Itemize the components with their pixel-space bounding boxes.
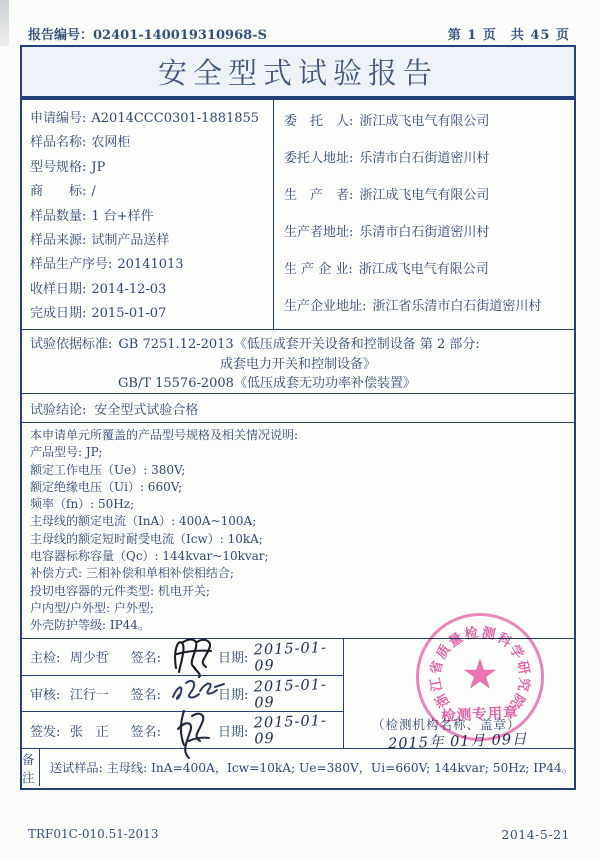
signature-row-chief: 主检: 周少哲 签名: 日期: 2015-01-09	[22, 639, 343, 675]
signature-row-reviewer: 审核: 江行一 签名: 日期: 2015-01-09	[22, 675, 343, 712]
sample-info-row: 样品来源:试制产品送样	[30, 229, 271, 253]
remark-text: 送试样品: 主母线: InA=400A，Icw=10kA; Ue=380V，Ui…	[40, 749, 574, 786]
coverage-line: 额定工作电压（Ue）: 380V;	[30, 462, 574, 479]
field-value: 浙江成飞电气有限公司	[359, 188, 489, 203]
field-label: 申请编号:	[30, 111, 86, 126]
field-value: 试制产品送样	[91, 233, 169, 248]
field-value: 2015-01-07	[91, 306, 166, 321]
sample-info-row: 样品名称:农网柜	[30, 131, 271, 155]
sig-label: 签名:	[131, 647, 169, 666]
report-number-value: 02401-140019310968-S	[93, 28, 267, 43]
sig-role: 审核:	[30, 684, 70, 703]
field-label: 完成日期:	[30, 306, 86, 321]
coverage-line: 主母线的额定电流（InA）: 400A~100A;	[30, 513, 574, 530]
party-info-row: 生产企业地址:浙江省乐清市白石街道密川村	[284, 288, 572, 325]
sample-info-cell: 申请编号:A2014CCC0301-1881855 样品名称:农网柜 型号规格:…	[22, 100, 274, 329]
coverage-line: 电容器标称容量（Qc）: 144kvar~10kvar;	[30, 548, 574, 565]
signature-scribble	[169, 679, 218, 709]
field-value: 浙江成飞电气有限公司	[359, 114, 489, 129]
date-label: 日期:	[218, 721, 254, 740]
field-value: 乐清市白石街道密川村	[359, 151, 489, 166]
sig-date-handwritten: 2015-01-09	[254, 713, 344, 748]
signature-row-issuer: 签发: 张 正 签名: 日期: 2015-01-09	[22, 711, 343, 748]
sample-info-row: 样品生产序号:20141013	[30, 253, 271, 277]
coverage-line: 主母线的额定短时耐受电流（Icw）: 10kA;	[30, 531, 574, 548]
field-label: 生产者地址:	[284, 225, 353, 240]
coverage-line: 额定绝缘电压（Ui）: 660V;	[30, 479, 574, 496]
party-info-row: 生产者地址:乐清市白石街道密川村	[284, 214, 572, 251]
conclusion-value: 安全型式试验合格	[94, 399, 198, 418]
row-conclusion: 试验结论: 安全型式试验合格	[22, 394, 574, 423]
party-info-row: 委托人地址:乐清市白石街道密川村	[284, 140, 572, 177]
standards-text: GB 7251.12-2013《低压成套开关设备和控制设备 第 2 部分:	[118, 337, 479, 352]
field-value: JP	[91, 160, 105, 175]
party-info-row: 生 产 企 业:浙江成飞电气有限公司	[284, 251, 572, 288]
field-label: 商 标:	[30, 184, 86, 199]
sample-info-row: 样品数量:1 台+样件	[30, 205, 271, 229]
signature-scribble	[169, 715, 218, 745]
document-title: 安全型式试验报告	[158, 51, 438, 92]
party-info-cell: 委 托 人:浙江成飞电气有限公司 委托人地址:乐清市白石街道密川村 生 产 者:…	[274, 100, 574, 329]
standards-label: 试验依据标准:	[30, 337, 112, 352]
party-info-row: 生 产 者:浙江成飞电气有限公司	[284, 177, 572, 214]
sample-info-row: 完成日期:2015-01-07	[30, 302, 271, 326]
coverage-line: 户内型/户外型: 户外型;	[30, 600, 574, 617]
footer-form-code: TRF01C-010.51-2013	[28, 827, 158, 841]
sample-info-row: 申请编号:A2014CCC0301-1881855	[30, 107, 271, 131]
sig-label: 签名:	[131, 684, 169, 703]
main-table: 申请编号:A2014CCC0301-1881855 样品名称:农网柜 型号规格:…	[20, 98, 576, 790]
conclusion-label: 试验结论:	[30, 399, 86, 418]
signature-scribble	[169, 642, 218, 672]
standards-line3: GB/T 15576-2008《低压成套无功功率补偿装置》	[22, 374, 574, 394]
scan-edge-artifact	[0, 0, 9, 46]
field-label: 委托人地址:	[284, 151, 353, 166]
party-info-row: 委 托 人:浙江成飞电气有限公司	[284, 103, 572, 140]
field-value: A2014CCC0301-1881855	[91, 111, 259, 126]
sig-date-handwritten: 2015-01-09	[254, 676, 344, 711]
coverage-line: 投切电容器的元件类型: 机电开关;	[30, 583, 574, 600]
field-label: 委 托 人:	[284, 114, 353, 129]
row-sample-and-party: 申请编号:A2014CCC0301-1881855 样品名称:农网柜 型号规格:…	[22, 100, 574, 330]
field-value: 2014-12-03	[91, 282, 166, 297]
report-number-label: 报告编号：	[28, 28, 93, 43]
sample-info-row: 型号规格:JP	[30, 156, 271, 180]
row-signatures: 主检: 周少哲 签名: 日期: 2015-01-09 审核: 江行一 签名:	[22, 639, 574, 749]
standards-line1: 试验依据标准:GB 7251.12-2013《低压成套开关设备和控制设备 第 2…	[22, 335, 574, 355]
field-label: 型号规格:	[30, 160, 86, 175]
field-value: 乐清市白石街道密川村	[359, 225, 489, 240]
field-label: 样品来源:	[30, 233, 86, 248]
coverage-line: 补偿方式: 三相补偿和单相补偿相结合;	[30, 565, 574, 582]
field-label: 生产企业地址:	[284, 299, 366, 314]
sample-info-row: 商 标:/	[30, 180, 271, 204]
signature-column: 主检: 周少哲 签名: 日期: 2015-01-09 审核: 江行一 签名:	[22, 639, 344, 748]
coverage-line: 外壳防护等级: IP44。	[30, 617, 574, 634]
sig-role: 主检:	[30, 647, 70, 666]
field-label: 样品生产序号:	[30, 257, 112, 272]
standards-line2: 成套电力开关和控制设备》	[22, 355, 574, 375]
date-label: 日期:	[218, 647, 254, 666]
report-page: 报告编号：02401-140019310968-S 第 1 页 共 45 页 安…	[0, 0, 600, 858]
sig-label: 签名:	[131, 721, 169, 740]
sig-name: 周少哲	[70, 647, 131, 666]
sig-date-handwritten: 2015-01-09	[254, 639, 344, 674]
row-standards: 试验依据标准:GB 7251.12-2013《低压成套开关设备和控制设备 第 2…	[22, 330, 574, 394]
field-value: 农网柜	[91, 135, 130, 150]
title-box: 安全型式试验报告	[20, 45, 576, 98]
page-indicator: 第 1 页 共 45 页	[448, 24, 570, 43]
field-label: 收样日期:	[30, 282, 86, 297]
footer-date: 2014-5-21	[501, 827, 570, 842]
sig-name: 江行一	[70, 684, 131, 703]
stamp-cell: （检测机构名称、盖章） 2015年 01月 09日	[344, 639, 574, 748]
sample-info-row: 收样日期:2014-12-03	[30, 278, 271, 302]
sig-role: 签发:	[30, 721, 70, 740]
coverage-line: 频率（fn）: 50Hz;	[30, 496, 574, 513]
field-value: 20141013	[117, 257, 183, 272]
field-label: 样品名称:	[30, 135, 86, 150]
coverage-line: 本申请单元所覆盖的产品型号规格及相关情况说明:	[30, 427, 574, 444]
row-coverage: 本申请单元所覆盖的产品型号规格及相关情况说明: 产品型号: JP; 额定工作电压…	[22, 423, 574, 639]
report-number: 报告编号：02401-140019310968-S	[28, 24, 267, 43]
field-label: 样品数量:	[30, 209, 86, 224]
row-remark: 备注 送试样品: 主母线: InA=400A，Icw=10kA; Ue=380V…	[22, 749, 574, 786]
remark-label: 备注	[22, 749, 40, 786]
field-label: 生 产 企 业:	[284, 262, 353, 277]
field-value: 浙江省乐清市白石街道密川村	[372, 299, 541, 314]
coverage-line: 产品型号: JP;	[30, 444, 574, 461]
field-value: /	[91, 184, 95, 199]
sig-name: 张 正	[70, 721, 131, 740]
field-label: 生 产 者:	[284, 188, 353, 203]
field-value: 1 台+样件	[91, 209, 153, 224]
field-value: 浙江成飞电气有限公司	[359, 262, 489, 277]
